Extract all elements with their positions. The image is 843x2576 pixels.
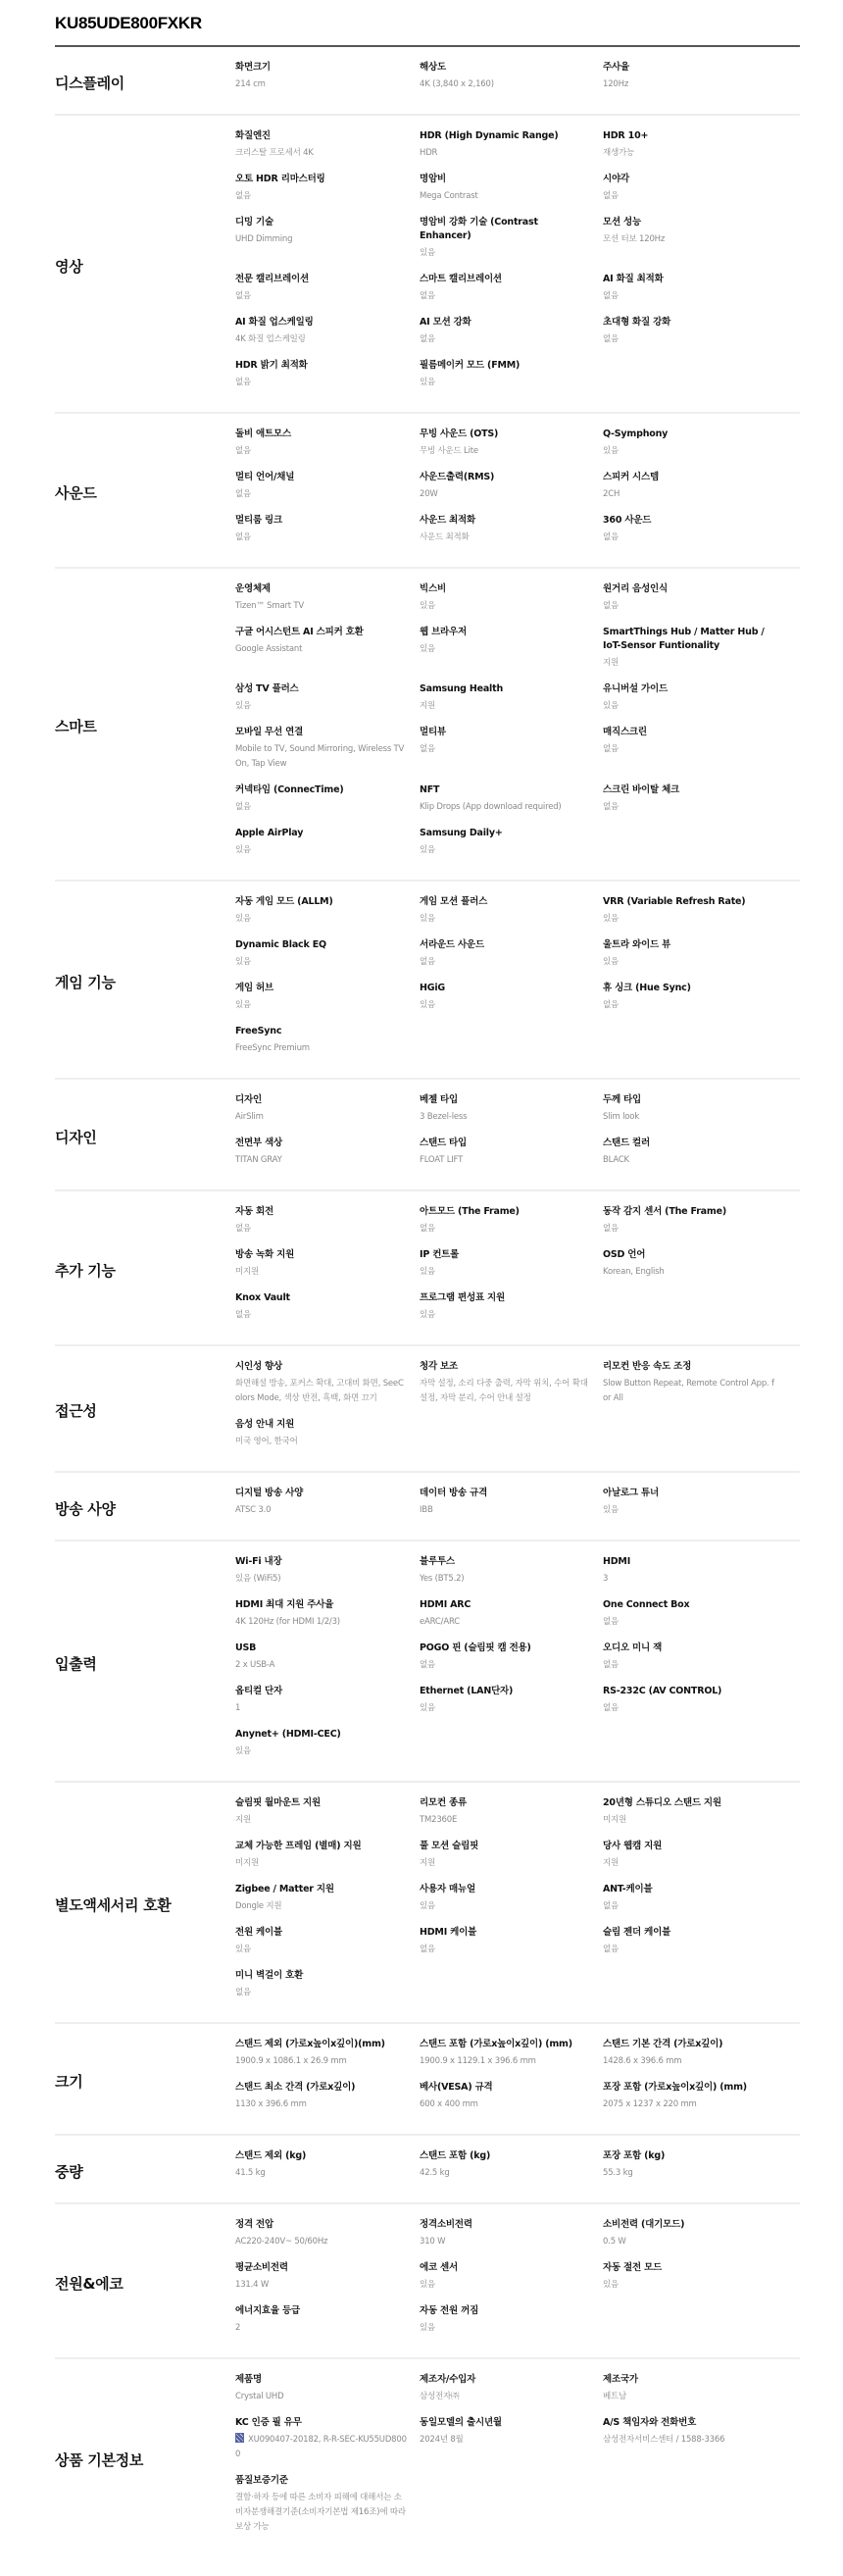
spec-item: 주사율 120Hz <box>603 61 784 104</box>
spec-label: 매직스크린 <box>603 726 774 739</box>
spec-value: 1900.9 x 1129.1 x 396.6 mm <box>420 2054 590 2069</box>
spec-label: 명암비 강화 기술 (Contrast Enhancer) <box>420 216 590 243</box>
spec-label: 포장 포함 (kg) <box>603 2149 774 2163</box>
spec-item: 스탠드 컬러 BLACK <box>603 1136 784 1180</box>
spec-item: 명암비 Mega Contrast <box>420 173 600 216</box>
spec-page: KU85UDE800FXKR 디스플레이 화면크기 214 cm 해상도 4K … <box>0 0 843 2576</box>
spec-value: 자막 설정, 소리 다중 출력, 자막 위치, 수어 확대 설정, 자막 분리,… <box>420 1377 590 1406</box>
spec-value: 1 <box>235 1701 407 1716</box>
spec-value: 131.4 W <box>235 2278 407 2293</box>
spec-item: 서라운드 사운드 없음 <box>420 938 600 982</box>
spec-label: 빅스비 <box>420 582 590 596</box>
spec-value: 4K (3,840 x 2,160) <box>420 77 590 92</box>
spec-item: 자동 전원 꺼짐 있음 <box>420 2304 600 2348</box>
spec-item: HDMI 최대 지원 주사율 4K 120Hz (for HDMI 1/2/3) <box>235 1598 417 1642</box>
spec-label: 제조자/수입자 <box>420 2373 590 2387</box>
spec-grid: Wi-Fi 내장 있음 (WiFi5) 블루투스 Yes (BT5.2) HDM… <box>235 1555 800 1771</box>
spec-value: 없음 <box>235 189 407 204</box>
spec-item: 유니버설 가이드 있음 <box>603 682 784 726</box>
spec-item: 당사 웹캠 지원 지원 <box>603 1840 784 1883</box>
spec-item: 360 사운드 없음 <box>603 514 784 557</box>
spec-item: One Connect Box 없음 <box>603 1598 784 1642</box>
spec-item: Q-Symphony 있음 <box>603 428 784 471</box>
spec-item: 원거리 음성인식 없음 <box>603 582 784 626</box>
spec-value: 없음 <box>235 376 407 390</box>
spec-label: 모션 성능 <box>603 216 774 229</box>
spec-label: SmartThings Hub / Matter Hub / IoT-Senso… <box>603 626 774 653</box>
spec-value: 있음 <box>603 912 774 927</box>
spec-grid: 디자인 AirSlim 베젤 타입 3 Bezel-less 두께 타입 Sli… <box>235 1093 800 1180</box>
spec-label: 소비전력 (대기모드) <box>603 2218 774 2232</box>
section-title: 영상 <box>55 256 235 277</box>
spec-item: 소비전력 (대기모드) 0.5 W <box>603 2218 784 2261</box>
spec-value: Mobile to TV, Sound Mirroring, Wireless … <box>235 742 407 772</box>
spec-value: Korean, English <box>603 1265 774 1280</box>
spec-item: A/S 책임자와 전화번호 삼성전자서비스센터 / 1588-3366 <box>603 2416 784 2459</box>
spec-grid: 자동 회전 없음 아트모드 (The Frame) 없음 동작 감지 센서 (T… <box>235 1205 800 1335</box>
spec-label: Anynet+ (HDMI-CEC) <box>235 1728 407 1742</box>
spec-value: 2 x USB-A <box>235 1658 407 1673</box>
spec-value: Mega Contrast <box>420 189 590 204</box>
spec-label: 스마트 캘리브레이션 <box>420 273 590 286</box>
spec-label: 운영체제 <box>235 582 407 596</box>
spec-label: 스탠드 기본 간격 (가로x깊이) <box>603 2038 774 2051</box>
spec-value: 214 cm <box>235 77 407 92</box>
spec-label: 화면크기 <box>235 61 407 75</box>
spec-item: 커넥타임 (ConnecTime) 없음 <box>235 783 417 827</box>
section-title: 방송 사양 <box>55 1498 235 1519</box>
spec-item: 동일모델의 출시년월 2024년 8월 <box>420 2416 600 2459</box>
spec-label: HDR 밝기 최적화 <box>235 359 407 373</box>
spec-label: HDR 10+ <box>603 129 774 143</box>
spec-item: 방송 녹화 지원 미지원 <box>235 1248 417 1291</box>
spec-label: 사용자 매뉴얼 <box>420 1883 590 1896</box>
spec-value: 2024년 8월 <box>420 2433 590 2448</box>
spec-section: 게임 기능 자동 게임 모드 (ALLM) 있음 게임 모션 플러스 있음 VR… <box>55 882 800 1080</box>
spec-item: 음성 안내 지원 미국 영어, 한국어 <box>235 1418 417 1461</box>
spec-label: 풀 모션 슬림핏 <box>420 1840 590 1853</box>
spec-item: 무빙 사운드 (OTS) 무빙 사운드 Lite <box>420 428 600 471</box>
spec-label: 동작 감지 센서 (The Frame) <box>603 1205 774 1219</box>
spec-item: Ethernet (LAN단자) 있음 <box>420 1685 600 1728</box>
spec-value: BLACK <box>603 1153 774 1168</box>
spec-item: 시인성 향상 화면해설 방송, 포커스 확대, 고대비 화면, SeeColor… <box>235 1360 417 1418</box>
spec-value: 삼성전자㈜ <box>420 2390 590 2404</box>
spec-value: 미국 영어, 한국어 <box>235 1435 407 1449</box>
spec-item: AI 모션 강화 없음 <box>420 316 600 359</box>
spec-label: Samsung Daily+ <box>420 827 590 840</box>
spec-item: 스크린 바이탈 체크 없음 <box>603 783 784 827</box>
spec-label: 모바일 무선 연결 <box>235 726 407 739</box>
spec-item: 품질보증기준 결함·하자 등에 따른 소비자 피해에 대해서는 소비자분쟁해결기… <box>235 2474 417 2547</box>
spec-label: 프로그램 편성표 지원 <box>420 1291 590 1305</box>
spec-value: 없음 <box>603 1222 774 1237</box>
spec-label: AI 화질 최적화 <box>603 273 774 286</box>
spec-value: 2 <box>235 2321 407 2336</box>
section-title: 추가 기능 <box>55 1260 235 1281</box>
spec-value: Slow Button Repeat, Remote Control App. … <box>603 1377 774 1406</box>
spec-label: 돌비 애트모스 <box>235 428 407 441</box>
spec-item: VRR (Variable Refresh Rate) 있음 <box>603 895 784 938</box>
spec-section: 방송 사양 디지털 방송 사양 ATSC 3.0 데이터 방송 규격 IBB 아… <box>55 1473 800 1541</box>
spec-label: FreeSync <box>235 1025 407 1038</box>
spec-value: 없음 <box>603 530 774 545</box>
spec-item: 울트라 와이드 뷰 있음 <box>603 938 784 982</box>
spec-label: 커넥타임 (ConnecTime) <box>235 783 407 797</box>
spec-label: 리모컨 반응 속도 조정 <box>603 1360 774 1374</box>
section-title: 중량 <box>55 2161 235 2182</box>
spec-value: 있음 <box>420 843 590 858</box>
spec-value: Google Assistant <box>235 642 407 657</box>
spec-value-text: XU090407-20182, R-R-SEC-KU55UD8000 <box>235 2435 407 2459</box>
spec-value: TM2360E <box>420 1813 590 1828</box>
spec-label: 블루투스 <box>420 1555 590 1569</box>
spec-item: 디지털 방송 사양 ATSC 3.0 <box>235 1487 417 1530</box>
spec-value: 미지원 <box>603 1813 774 1828</box>
spec-item: 슬림핏 월마운트 지원 지원 <box>235 1796 417 1840</box>
spec-item: 정격 전압 AC220-240V~ 50/60Hz <box>235 2218 417 2261</box>
spec-item: 슬림 젠더 케이블 없음 <box>603 1926 784 1969</box>
section-title: 게임 기능 <box>55 972 235 992</box>
spec-label: 필름메이커 모드 (FMM) <box>420 359 590 373</box>
spec-value: 있음 <box>235 955 407 970</box>
spec-value: 없음 <box>603 289 774 304</box>
spec-value: 없음 <box>603 1658 774 1673</box>
spec-grid: 시인성 향상 화면해설 방송, 포커스 확대, 고대비 화면, SeeColor… <box>235 1360 800 1461</box>
spec-value: 없음 <box>603 1943 774 1957</box>
spec-value: 있음 <box>420 1265 590 1280</box>
spec-item: OSD 언어 Korean, English <box>603 1248 784 1291</box>
spec-value: 없음 <box>235 800 407 815</box>
spec-label: 데이터 방송 규격 <box>420 1487 590 1500</box>
spec-value: 지원 <box>603 656 774 671</box>
spec-grid: 스탠드 제외 (kg) 41.5 kg 스탠드 포함 (kg) 42.5 kg … <box>235 2149 800 2193</box>
spec-value: 있음 <box>420 376 590 390</box>
spec-item: 두께 타입 Slim look <box>603 1093 784 1136</box>
spec-label: POGO 핀 (슬림핏 캠 전용) <box>420 1642 590 1655</box>
spec-item: 제조자/수입자 삼성전자㈜ <box>420 2373 600 2416</box>
spec-value: 없음 <box>603 742 774 757</box>
spec-value: 없음 <box>420 1658 590 1673</box>
spec-item: 청각 보조 자막 설정, 소리 다중 출력, 자막 위치, 수어 확대 설정, … <box>420 1360 600 1418</box>
spec-item: 게임 모션 플러스 있음 <box>420 895 600 938</box>
spec-label: 당사 웹캠 지원 <box>603 1840 774 1853</box>
spec-label: One Connect Box <box>603 1598 774 1612</box>
spec-item: 전면부 색상 TITAN GRAY <box>235 1136 417 1180</box>
spec-value: Slim look <box>603 1110 774 1125</box>
spec-item: Samsung Health 지원 <box>420 682 600 726</box>
spec-label: 스크린 바이탈 체크 <box>603 783 774 797</box>
spec-value: 1428.6 x 396.6 mm <box>603 2054 774 2069</box>
spec-label: 스탠드 제외 (가로x높이x깊이)(mm) <box>235 2038 407 2051</box>
spec-label: 자동 절전 모드 <box>603 2261 774 2275</box>
spec-value: 있음 (WiFi5) <box>235 1572 407 1587</box>
spec-section: 별도액세서리 호환 슬림핏 월마운트 지원 지원 리모컨 종류 TM2360E … <box>55 1783 800 2024</box>
spec-label: RS-232C (AV CONTROL) <box>603 1685 774 1698</box>
spec-value: 화면해설 방송, 포커스 확대, 고대비 화면, SeeColors Mode,… <box>235 1377 407 1406</box>
spec-label: IP 컨트롤 <box>420 1248 590 1262</box>
spec-item: HDR 밝기 최적화 없음 <box>235 359 417 402</box>
spec-label: Knox Vault <box>235 1291 407 1305</box>
spec-value: 지원 <box>603 1856 774 1871</box>
spec-item: 자동 회전 없음 <box>235 1205 417 1248</box>
spec-item: 화면크기 214 cm <box>235 61 417 104</box>
spec-value: 있음 <box>235 843 407 858</box>
spec-item: Zigbee / Matter 지원 Dongle 지원 <box>235 1883 417 1926</box>
spec-item: 스탠드 포함 (kg) 42.5 kg <box>420 2149 600 2193</box>
spec-value: 없음 <box>420 1222 590 1237</box>
spec-label: 스탠드 포함 (가로x높이x깊이) (mm) <box>420 2038 590 2051</box>
spec-item: 멀티 언어/채널 없음 <box>235 471 417 514</box>
spec-value: 42.5 kg <box>420 2166 590 2181</box>
spec-value: 모션 터보 120Hz <box>603 232 774 247</box>
spec-value: 결함·하자 등에 따른 소비자 피해에 대해서는 소비자분쟁해결기준(소비자기본… <box>235 2491 407 2535</box>
spec-label: 정격 전압 <box>235 2218 407 2232</box>
spec-label: 에코 센서 <box>420 2261 590 2275</box>
spec-value: 베트남 <box>603 2390 774 2404</box>
spec-label: 울트라 와이드 뷰 <box>603 938 774 952</box>
spec-item: NFT Klip Drops (App download required) <box>420 783 600 827</box>
spec-value: 없음 <box>235 1308 407 1323</box>
section-title: 디스플레이 <box>55 73 235 93</box>
spec-item: 오토 HDR 리마스터링 없음 <box>235 173 417 216</box>
spec-label: 게임 모션 플러스 <box>420 895 590 909</box>
spec-value: 없음 <box>235 1986 407 2000</box>
spec-label: 시야각 <box>603 173 774 186</box>
spec-item: 명암비 강화 기술 (Contrast Enhancer) 있음 <box>420 216 600 273</box>
spec-value: 없음 <box>235 530 407 545</box>
section-title: 사운드 <box>55 482 235 503</box>
spec-label: 제품명 <box>235 2373 407 2387</box>
spec-section: 상품 기본정보 제품명 Crystal UHD 제조자/수입자 삼성전자㈜ 제조… <box>55 2359 800 2556</box>
spec-grid: 스탠드 제외 (가로x높이x깊이)(mm) 1900.9 x 1086.1 x … <box>235 2038 800 2124</box>
spec-value: 없음 <box>420 332 590 347</box>
spec-item: 스피커 시스템 2CH <box>603 471 784 514</box>
spec-value: 없음 <box>603 332 774 347</box>
spec-value: 있음 <box>235 998 407 1013</box>
spec-label: NFT <box>420 783 590 797</box>
spec-section: 스마트 운영체제 Tizen™ Smart TV 빅스비 있음 원거리 음성인식… <box>55 569 800 882</box>
spec-label: 구글 어시스턴트 AI 스피커 호환 <box>235 626 407 639</box>
spec-label: 슬림핏 월마운트 지원 <box>235 1796 407 1810</box>
spec-value: 없음 <box>420 1943 590 1957</box>
spec-item: 베사(VESA) 규격 600 x 400 mm <box>420 2081 600 2124</box>
spec-label: 무빙 사운드 (OTS) <box>420 428 590 441</box>
spec-value: 있음 <box>420 912 590 927</box>
spec-value: eARC/ARC <box>420 1615 590 1630</box>
spec-value: 없음 <box>235 289 407 304</box>
spec-value: 1900.9 x 1086.1 x 26.9 mm <box>235 2054 407 2069</box>
spec-item: 에코 센서 있음 <box>420 2261 600 2304</box>
spec-value: 3 Bezel-less <box>420 1110 590 1125</box>
spec-item: 아날로그 튜너 있음 <box>603 1487 784 1530</box>
spec-label: 오토 HDR 리마스터링 <box>235 173 407 186</box>
spec-item: 모션 성능 모션 터보 120Hz <box>603 216 784 259</box>
spec-label: HDMI <box>603 1555 774 1569</box>
spec-item: 사운드 최적화 사운드 최적화 <box>420 514 600 557</box>
spec-value: 있음 <box>420 642 590 657</box>
spec-item: Knox Vault 없음 <box>235 1291 417 1335</box>
spec-label: Ethernet (LAN단자) <box>420 1685 590 1698</box>
spec-value: Tizen™ Smart TV <box>235 599 407 614</box>
spec-value: 있음 <box>420 1308 590 1323</box>
spec-label: 평균소비전력 <box>235 2261 407 2275</box>
spec-grid: 디지털 방송 사양 ATSC 3.0 데이터 방송 규격 IBB 아날로그 튜너… <box>235 1487 800 1530</box>
spec-value: 600 x 400 mm <box>420 2097 590 2112</box>
spec-item: 스탠드 제외 (가로x높이x깊이)(mm) 1900.9 x 1086.1 x … <box>235 2038 417 2081</box>
spec-value: 0.5 W <box>603 2235 774 2249</box>
spec-item: 스탠드 제외 (kg) 41.5 kg <box>235 2149 417 2193</box>
spec-item: 사용자 매뉴얼 있음 <box>420 1883 600 1926</box>
spec-item: SmartThings Hub / Matter Hub / IoT-Senso… <box>603 626 784 682</box>
spec-label: HDMI ARC <box>420 1598 590 1612</box>
spec-label: 오디오 미니 잭 <box>603 1642 774 1655</box>
spec-label: 리모컨 종류 <box>420 1796 590 1810</box>
spec-label: Dynamic Black EQ <box>235 938 407 952</box>
spec-grid: 운영체제 Tizen™ Smart TV 빅스비 있음 원거리 음성인식 없음 … <box>235 582 800 870</box>
section-title: 디자인 <box>55 1127 235 1147</box>
kc-cert-icon <box>235 2433 244 2443</box>
spec-value: 20W <box>420 487 590 502</box>
spec-value: Crystal UHD <box>235 2390 407 2404</box>
spec-item: AI 화질 업스케일링 4K 화질 업스케일링 <box>235 316 417 359</box>
spec-label: 자동 게임 모드 (ALLM) <box>235 895 407 909</box>
spec-value: 있음 <box>420 599 590 614</box>
spec-item: 사운드출력(RMS) 20W <box>420 471 600 514</box>
spec-item: 동작 감지 센서 (The Frame) 없음 <box>603 1205 784 1248</box>
spec-label: 해상도 <box>420 61 590 75</box>
spec-item: 구글 어시스턴트 AI 스피커 호환 Google Assistant <box>235 626 417 669</box>
spec-label: 20년형 스튜디오 스탠드 지원 <box>603 1796 774 1810</box>
spec-item: 오디오 미니 잭 없음 <box>603 1642 784 1685</box>
spec-label: 두께 타입 <box>603 1093 774 1107</box>
spec-label: 화질엔진 <box>235 129 407 143</box>
spec-item: 옵티컬 단자 1 <box>235 1685 417 1728</box>
spec-value: 없음 <box>603 1701 774 1716</box>
spec-item: 에너지효율 등급 2 <box>235 2304 417 2348</box>
spec-item: 아트모드 (The Frame) 없음 <box>420 1205 600 1248</box>
spec-label: Zigbee / Matter 지원 <box>235 1883 407 1896</box>
spec-grid: 정격 전압 AC220-240V~ 50/60Hz 정격소비전력 310 W 소… <box>235 2218 800 2348</box>
section-title: 크기 <box>55 2071 235 2092</box>
spec-label: 360 사운드 <box>603 514 774 528</box>
spec-item: HDMI 케이블 없음 <box>420 1926 600 1969</box>
spec-value: 없음 <box>235 444 407 459</box>
spec-item: 전원 케이블 있음 <box>235 1926 417 1969</box>
spec-label: 베사(VESA) 규격 <box>420 2081 590 2095</box>
spec-value: 없음 <box>603 800 774 815</box>
spec-value: 있음 <box>603 1503 774 1518</box>
spec-item: HDMI ARC eARC/ARC <box>420 1598 600 1642</box>
spec-label: 멀티 언어/채널 <box>235 471 407 484</box>
spec-item: 디자인 AirSlim <box>235 1093 417 1136</box>
spec-label: 교체 가능한 프레임 (별매) 지원 <box>235 1840 407 1853</box>
spec-item: 전문 캘리브레이션 없음 <box>235 273 417 316</box>
spec-item: 시야각 없음 <box>603 173 784 216</box>
spec-value: 미지원 <box>235 1856 407 1871</box>
spec-label: 디자인 <box>235 1093 407 1107</box>
spec-label: HDMI 케이블 <box>420 1926 590 1940</box>
spec-value: 없음 <box>420 742 590 757</box>
spec-label: 초대형 화질 강화 <box>603 316 774 329</box>
spec-value: 있음 <box>420 246 590 261</box>
spec-value: 사운드 최적화 <box>420 530 590 545</box>
spec-item: 포장 포함 (가로x높이x깊이) (mm) 2075 x 1237 x 220 … <box>603 2081 784 2124</box>
spec-value: 지원 <box>420 1856 590 1871</box>
spec-label: 전원 케이블 <box>235 1926 407 1940</box>
section-title: 상품 기본정보 <box>55 2450 235 2470</box>
spec-item: 리모컨 반응 속도 조정 Slow Button Repeat, Remote … <box>603 1360 784 1418</box>
spec-value: 310 W <box>420 2235 590 2249</box>
spec-label: 시인성 향상 <box>235 1360 407 1374</box>
spec-item: Samsung Daily+ 있음 <box>420 827 600 870</box>
spec-item: HDR 10+ 재생가능 <box>603 129 784 173</box>
spec-item: 자동 절전 모드 있음 <box>603 2261 784 2304</box>
spec-item: 자동 게임 모드 (ALLM) 있음 <box>235 895 417 938</box>
spec-label: VRR (Variable Refresh Rate) <box>603 895 774 909</box>
spec-value: 있음 <box>603 699 774 714</box>
spec-value: 없음 <box>603 1615 774 1630</box>
spec-item: 빅스비 있음 <box>420 582 600 626</box>
spec-value: 미지원 <box>235 1265 407 1280</box>
spec-label: HDR (High Dynamic Range) <box>420 129 590 143</box>
spec-value: 4K 화질 업스케일링 <box>235 332 407 347</box>
spec-label: 서라운드 사운드 <box>420 938 590 952</box>
spec-item: 스탠드 포함 (가로x높이x깊이) (mm) 1900.9 x 1129.1 x… <box>420 2038 600 2081</box>
spec-label: AI 모션 강화 <box>420 316 590 329</box>
spec-value: 없음 <box>420 289 590 304</box>
spec-value: 있음 <box>235 1744 407 1759</box>
spec-label: 자동 회전 <box>235 1205 407 1219</box>
spec-label: 옵티컬 단자 <box>235 1685 407 1698</box>
spec-label: Q-Symphony <box>603 428 774 441</box>
spec-label: 방송 녹화 지원 <box>235 1248 407 1262</box>
spec-label: ANT-케이블 <box>603 1883 774 1896</box>
spec-label: 스탠드 최소 간격 (가로x깊이) <box>235 2081 407 2095</box>
spec-value: ATSC 3.0 <box>235 1503 407 1518</box>
spec-item: RS-232C (AV CONTROL) 없음 <box>603 1685 784 1728</box>
section-title: 스마트 <box>55 716 235 736</box>
spec-label: 멀티룸 링크 <box>235 514 407 528</box>
spec-section: 접근성 시인성 향상 화면해설 방송, 포커스 확대, 고대비 화면, SeeC… <box>55 1346 800 1473</box>
spec-item: 스탠드 최소 간격 (가로x깊이) 1130 x 396.6 mm <box>235 2081 417 2124</box>
spec-value: Dongle 지원 <box>235 1899 407 1914</box>
spec-item: AI 화질 최적화 없음 <box>603 273 784 316</box>
spec-value: 무빙 사운드 Lite <box>420 444 590 459</box>
spec-value: AirSlim <box>235 1110 407 1125</box>
spec-value: XU090407-20182, R-R-SEC-KU55UD8000 <box>235 2433 407 2462</box>
spec-item: 웹 브라우저 있음 <box>420 626 600 669</box>
spec-item: IP 컨트롤 있음 <box>420 1248 600 1291</box>
spec-value: FreeSync Premium <box>235 1041 407 1056</box>
spec-item: 제조국가 베트남 <box>603 2373 784 2416</box>
spec-item: 화질엔진 크리스탈 프로세서 4K <box>235 129 417 173</box>
spec-section: 디자인 디자인 AirSlim 베젤 타입 3 Bezel-less 두께 타입… <box>55 1080 800 1191</box>
spec-value: 재생가능 <box>603 146 774 161</box>
spec-item: HDR (High Dynamic Range) HDR <box>420 129 600 173</box>
spec-section: 사운드 돌비 애트모스 없음 무빙 사운드 (OTS) 무빙 사운드 Lite … <box>55 414 800 569</box>
spec-label: KC 인증 필 유무 <box>235 2416 407 2430</box>
spec-label: 자동 전원 꺼짐 <box>420 2304 590 2318</box>
spec-section: 추가 기능 자동 회전 없음 아트모드 (The Frame) 없음 동작 감지… <box>55 1191 800 1346</box>
spec-value: Klip Drops (App download required) <box>420 800 590 815</box>
spec-label: 베젤 타입 <box>420 1093 590 1107</box>
spec-grid: 화면크기 214 cm 해상도 4K (3,840 x 2,160) 주사율 1… <box>235 61 800 104</box>
spec-value: 지원 <box>235 1813 407 1828</box>
spec-value: UHD Dimming <box>235 232 407 247</box>
spec-label: 음성 안내 지원 <box>235 1418 407 1432</box>
spec-value: 없음 <box>235 1222 407 1237</box>
